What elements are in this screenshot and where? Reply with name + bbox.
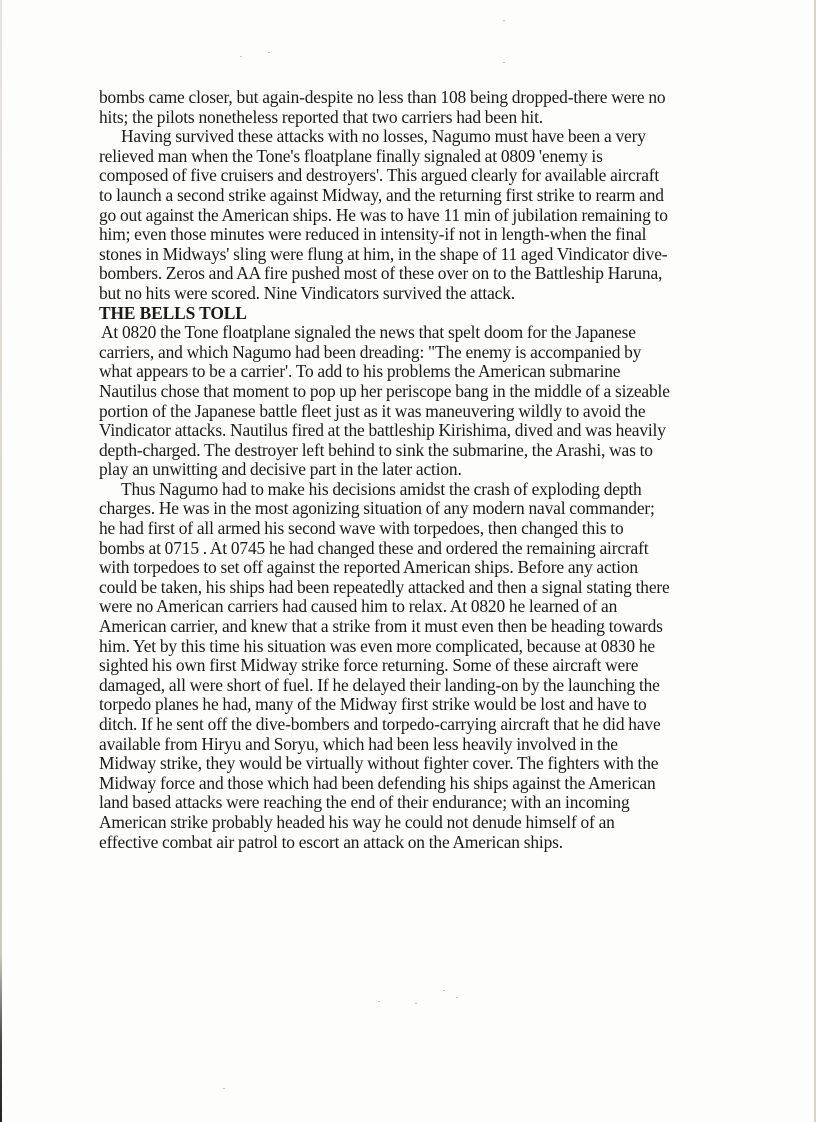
text-line: available from Hiryu and Soryu, which ha… <box>99 735 729 755</box>
paragraph-nagumo-decisions: Thus Nagumo had to make his decisions am… <box>99 480 729 852</box>
text-line: Nautilus chose that moment to pop up her… <box>99 382 729 402</box>
text-line: At 0820 the Tone floatplane signaled the… <box>99 323 729 343</box>
text-line: bombs came closer, but again-despite no … <box>99 88 729 108</box>
text-line: with torpedoes to set off against the re… <box>99 558 729 578</box>
text-line: portion of the Japanese battle fleet jus… <box>99 402 729 422</box>
text-line: Thus Nagumo had to make his decisions am… <box>99 480 729 500</box>
text-line: bombers. Zeros and AA fire pushed most o… <box>99 264 729 284</box>
text-line: torpedo planes he had, many of the Midwa… <box>99 695 729 715</box>
text-line: him. Yet by this time his situation was … <box>99 637 729 657</box>
text-line: ditch. If he sent off the dive-bombers a… <box>99 715 729 735</box>
text-line: hits; the pilots nonetheless reported th… <box>99 108 729 128</box>
text-line: Vindicator attacks. Nautilus fired at th… <box>99 421 729 441</box>
text-line: could be taken, his ships had been repea… <box>99 578 729 598</box>
text-line: American strike probably headed his way … <box>99 813 729 833</box>
text-line: depth-charged. The destroyer left behind… <box>99 441 729 461</box>
text-line: land based attacks were reaching the end… <box>99 793 729 813</box>
paragraph-nagumo-relieved: Having survived these attacks with no lo… <box>99 127 729 303</box>
text-line: him; even those minutes were reduced in … <box>99 225 729 245</box>
text-line: damaged, all were short of fuel. If he d… <box>99 676 729 696</box>
text-line: bombs at 0715 . At 0745 he had changed t… <box>99 539 729 559</box>
text-line: what appears to be a carrier'. To add to… <box>99 362 729 382</box>
text-line: sighted his own first Midway strike forc… <box>99 656 729 676</box>
paragraph-continuation: bombs came closer, but again-despite no … <box>99 88 729 127</box>
text-line: were no American carriers had caused him… <box>99 597 729 617</box>
text-line: Having survived these attacks with no lo… <box>99 127 729 147</box>
text-line: go out against the American ships. He wa… <box>99 206 729 226</box>
paragraph-tone-floatplane: At 0820 the Tone floatplane signaled the… <box>99 323 729 480</box>
text-line: he had first of all armed his second wav… <box>99 519 729 539</box>
text-line: charges. He was in the most agonizing si… <box>99 499 729 519</box>
text-line: carriers, and which Nagumo had been drea… <box>99 343 729 363</box>
text-line: to launch a second strike against Midway… <box>99 186 729 206</box>
text-line: Midway strike, they would be virtually w… <box>99 754 729 774</box>
text-line: but no hits were scored. Nine Vindicator… <box>99 284 729 304</box>
text-line: American carrier, and knew that a strike… <box>99 617 729 637</box>
document-page: bombs came closer, but again-despite no … <box>99 88 729 852</box>
text-line: Midway force and those which had been de… <box>99 774 729 794</box>
text-line: play an unwitting and decisive part in t… <box>99 460 729 480</box>
section-heading: THE BELLS TOLL <box>99 304 729 324</box>
scan-edge-left <box>0 0 2 1122</box>
text-line: stones in Midways' sling were flung at h… <box>99 245 729 265</box>
text-line: composed of five cruisers and destroyers… <box>99 166 729 186</box>
text-line: effective combat air patrol to escort an… <box>99 833 729 853</box>
text-line: relieved man when the Tone's floatplane … <box>99 147 729 167</box>
